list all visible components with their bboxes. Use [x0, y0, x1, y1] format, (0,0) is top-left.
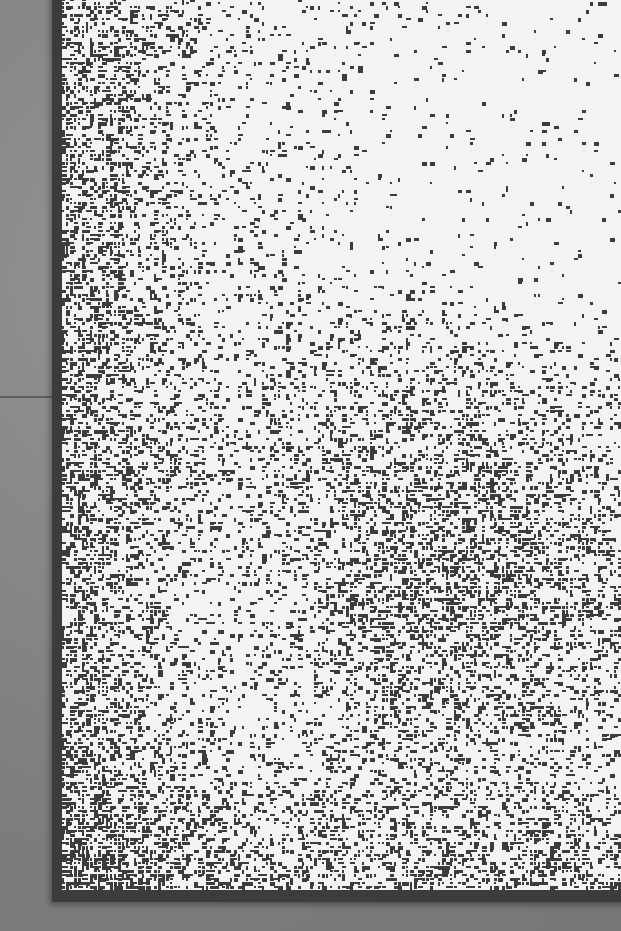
rug-distressed-pattern — [62, 0, 621, 890]
floor-tile-seam — [0, 396, 60, 398]
rug-corner — [52, 0, 621, 902]
photo-scene — [0, 0, 621, 931]
